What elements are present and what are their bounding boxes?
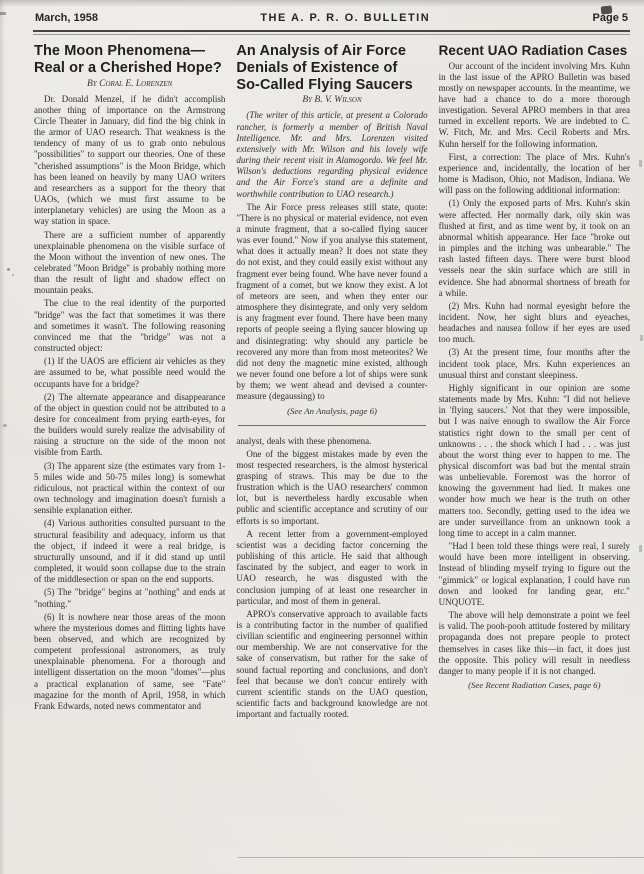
article-air-force-analysis: An Analysis of Air Force Denials of Exis… bbox=[236, 43, 427, 866]
continuation-paragraph: analyst, deals with these phenomena. bbox=[236, 436, 427, 447]
title-line: Real or a Cherished Hope? bbox=[34, 60, 225, 77]
article-title-moon-phenomena: The Moon Phenomena— Real or a Cherished … bbox=[34, 43, 225, 77]
title-line: So-Called Flying Saucers bbox=[236, 77, 427, 94]
paragraph: First, a correction: The place of Mrs. K… bbox=[439, 152, 630, 197]
scan-speck bbox=[639, 160, 642, 167]
paragraph: (1) If the UAOS are efficient air vehicl… bbox=[34, 356, 225, 389]
paragraph: (2) Mrs. Kuhn had normal eyesight before… bbox=[439, 301, 630, 346]
header-rule-thin bbox=[33, 34, 630, 35]
page-columns: The Moon Phenomena— Real or a Cherished … bbox=[34, 43, 630, 866]
continued-note-an-analysis: (See An Analysis, page 6) bbox=[236, 406, 427, 416]
byline-wilson: By B. V. Wilson bbox=[236, 95, 427, 105]
continuation-paragraph: APRO's conservative approach to availabl… bbox=[236, 609, 427, 721]
editor-intro-note: (The writer of this article, at present … bbox=[236, 110, 427, 199]
article-title-radiation-cases: Recent UAO Radiation Cases bbox=[439, 43, 630, 59]
paragraph: (3) At the present time, four months aft… bbox=[439, 347, 630, 380]
scan-speck bbox=[640, 335, 643, 341]
title-line: The Moon Phenomena— bbox=[34, 43, 225, 60]
title-line: Denials of Existence of bbox=[236, 60, 427, 77]
paragraph: (6) It is nowhere near those areas of th… bbox=[34, 612, 225, 712]
header-rule-thick bbox=[33, 30, 630, 32]
continuation-paragraph: A recent letter from a government-employ… bbox=[236, 529, 427, 607]
continued-note-radiation-cases: (See Recent Radiation Cases, page 6) bbox=[439, 680, 630, 690]
scan-speck bbox=[0, 12, 6, 15]
paragraph: Dr. Donald Menzel, if he didn't accompli… bbox=[34, 94, 225, 228]
paragraph: (4) Various authorities consulted pursua… bbox=[34, 518, 225, 585]
paragraph: Our account of the incident involving Mr… bbox=[439, 61, 630, 150]
bulletin-page: March, 1958 THE A. P. R. O. BULLETIN Pag… bbox=[0, 0, 644, 874]
paragraph: The above will help demonstrate a point … bbox=[439, 610, 630, 677]
continuation-paragraph: One of the biggest mistakes made by even… bbox=[236, 449, 427, 527]
paragraph: There are a sufficient number of apparen… bbox=[34, 230, 225, 297]
article-title-air-force-analysis: An Analysis of Air Force Denials of Exis… bbox=[236, 43, 427, 93]
paragraph: "Had I been told these things were real,… bbox=[439, 541, 630, 608]
title-line: An Analysis of Air Force bbox=[236, 43, 427, 60]
masthead-date: March, 1958 bbox=[35, 12, 98, 24]
paragraph: (1) Only the exposed parts of Mrs. Kuhn'… bbox=[439, 198, 630, 298]
section-divider bbox=[238, 425, 425, 426]
byline-lorenzen: By Coral E. Lorenzen bbox=[34, 79, 225, 89]
paragraph: (2) The alternate appearance and disappe… bbox=[34, 392, 225, 459]
scan-speck bbox=[639, 545, 642, 552]
paragraph: (5) The "bridge" begins at "nothing" and… bbox=[34, 587, 225, 609]
masthead-title: THE A. P. R. O. BULLETIN bbox=[260, 12, 430, 24]
scan-speck bbox=[12, 274, 14, 276]
paragraph: Highly significant in our opinion are so… bbox=[439, 383, 630, 539]
bottom-edge-line bbox=[238, 857, 644, 858]
masthead: March, 1958 THE A. P. R. O. BULLETIN Pag… bbox=[35, 12, 628, 24]
paragraph: The clue to the real identity of the pur… bbox=[34, 298, 225, 354]
paragraph: The Air Force press releases still state… bbox=[236, 202, 427, 403]
article-moon-phenomena: The Moon Phenomena— Real or a Cherished … bbox=[34, 43, 225, 866]
article-radiation-cases: Recent UAO Radiation Cases Our account o… bbox=[439, 43, 630, 866]
scan-speck bbox=[3, 424, 7, 427]
paragraph: (3) The apparent size (the estimates var… bbox=[34, 461, 225, 517]
scan-speck bbox=[7, 268, 10, 271]
masthead-page-number: Page 5 bbox=[593, 12, 628, 24]
